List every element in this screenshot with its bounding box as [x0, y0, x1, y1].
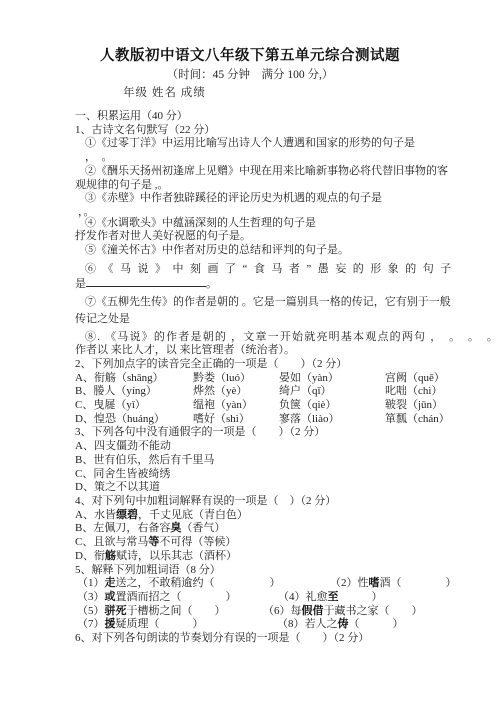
q2-c-word2: 缊袍（yàn）: [193, 399, 279, 413]
q1-item5: ⑤《潼关怀古》中作者对历史的总结和评判的句子是。: [0, 244, 500, 258]
q5-item2: （2）性嗜酒（ ）: [330, 577, 457, 589]
q4-option-c: C、且欲与常马等不可得（等候）: [0, 536, 500, 550]
q1-item4-line2: 抒发作者对世人美好祝愿的句子是。: [0, 230, 500, 244]
student-info-fields: 年级 姓名 成绩: [0, 84, 500, 102]
q2-a-word4: 宫阙（quē）: [385, 372, 445, 384]
q2-c-word3: 负箧（qiè）: [279, 399, 385, 413]
q5-heading: 5、解释下列加粗词语（8 分）: [0, 564, 500, 578]
q5-item8-pre: （8）若人之: [277, 618, 338, 630]
q5-row4: （7）援疑质理（ ）（8）若人之俦（ ）: [0, 618, 500, 632]
q5-item4-post: ）: [339, 591, 383, 603]
q5-item6: （6）每假借于藏书之家（ ）: [263, 605, 423, 617]
q5-item1-pre: （1）: [77, 577, 105, 589]
exam-time-score: （时间：45 分钟 满分 100 分,）: [0, 66, 500, 84]
q2-b-word2: 烨然（yè）: [193, 385, 279, 399]
q5-item4-pre: （4）礼愈: [278, 591, 328, 603]
q5-item7-pre: （7）: [77, 618, 105, 630]
q4-a-pre: A、水皆: [75, 509, 116, 521]
q5-item7-bold-word: 援: [105, 618, 116, 630]
q4-heading: 4、对下列句中加粗词解释有误的一项是（ ）（2 分）: [0, 495, 500, 509]
q2-a-word1: A、衔觞（shāng）: [75, 372, 193, 386]
q1-item3: ③《赤壁》中作者独辟蹊径的评论历史为机遇的观点的句子是: [0, 192, 500, 206]
q5-row1: （1）走送之，不敢稍逾约（ ）（2）性嗜酒（ ）: [0, 577, 500, 591]
q5-item1-post: 送之，不敢稍逾约（ ）: [116, 577, 281, 589]
q5-item1-bold-word: 走: [105, 577, 116, 589]
q3-heading: 3、下列各句中没有通假字的一项是（ ）（2 分）: [0, 426, 500, 440]
q5-item6-bold-word: 假借: [302, 605, 324, 617]
q1-item1-blank: ， 。: [0, 151, 500, 165]
q1-item8-line2: 作者以 来比人才，以 来比管理者（统治者）。: [0, 344, 500, 358]
q3-option-c: C、同舍生皆被绮绣: [0, 468, 500, 482]
q4-option-a: A、水皆缥碧，千丈见底（青白色）: [0, 509, 500, 523]
q6-heading: 6、对下列各句朗读的节奏划分有误的一项是（ ）（2 分）: [0, 632, 500, 646]
page-title: 人教版初中语文八年级下第五单元综合测试题: [0, 46, 500, 66]
q5-item7-post: 疑质理（ ）: [116, 618, 204, 630]
q4-a-bold-word: 缥碧: [116, 509, 138, 521]
q5-item5-bold-word: 骈死: [105, 605, 127, 617]
q2-option-a: A、衔觞（shāng）黔娄（luó）晏如（yàn）宫阙（quē）: [0, 372, 500, 386]
q4-d-post: 赋诗，以乐其志（酒杯）: [116, 550, 237, 562]
q1-item7-line2: 传记之处是: [0, 313, 500, 327]
q4-b-post: （香气）: [181, 522, 225, 534]
q1-item8-line1: ⑧. 《马说》的作者是朝的 ，文章一开始就亮明基本观点的两句 ， 。 。 。: [0, 331, 500, 345]
q5-item8: （8）若人之俦（ ）: [277, 618, 404, 630]
q1-item6-answer-line: 是。: [0, 276, 500, 292]
q2-d-word1: D、惶恐（huáng）: [75, 413, 193, 427]
q5-item5-post: 于槽枥之间（ ）: [127, 605, 226, 617]
q5-item5: （5）骈死于槽枥之间（ ）: [77, 605, 263, 619]
q2-d-word3: 寥落（liào）: [279, 413, 385, 427]
q3-option-b: B、世有伯乐，然后有千里马: [0, 454, 500, 468]
q4-c-bold-word: 等: [148, 536, 159, 548]
q4-b-pre: B、左佩刀，右备容: [75, 522, 170, 534]
q5-item3-bold-word: 或: [105, 591, 116, 603]
q4-d-pre: D、衔: [75, 550, 105, 562]
q3-option-a: A、四支僵劲不能动: [0, 440, 500, 454]
q5-item1: （1）走送之，不敢稍逾约（ ）: [77, 577, 330, 591]
q2-c-word1: C、曳屣（yǐ）: [75, 399, 193, 413]
q1-item2-line1: ②《酬乐天扬州初逢席上见赠》中现在用来比喻新事物必将代替旧事物的客: [0, 165, 500, 179]
q5-item3-pre: （3）: [77, 591, 105, 603]
q1-item4: ④《水调歌头》中蕴涵深刻的人生哲理的句子是: [0, 217, 500, 231]
q5-item7: （7）援疑质理（ ）: [77, 618, 277, 632]
section1-heading: 一、积累运用（40 分）: [0, 110, 500, 124]
q2-b-word3: 绮户（qǐ）: [279, 385, 385, 399]
q2-option-d: D、惶恐（huáng）嗜好（shì）寥落（liào）箪瓢（chán）: [0, 413, 500, 427]
q1-item7-line1: ⑦《五柳先生传》的作者是朝的 。它是一篇别具一格的传记，它有别于一般: [0, 296, 500, 310]
q4-option-d: D、衔觞赋诗，以乐其志（酒杯）: [0, 550, 500, 564]
q5-item3: （3）或置酒而招之（ ）: [77, 591, 278, 605]
q5-item2-pre: （2）性: [330, 577, 369, 589]
q4-option-b: B、左佩刀，右备容臭（香气）: [0, 522, 500, 536]
q5-item8-bold-word: 俦: [338, 618, 349, 630]
q5-item2-post: 酒（ ）: [380, 577, 457, 589]
q4-b-bold-word: 臭: [170, 522, 181, 534]
q5-item4: （4）礼愈至 ）: [278, 591, 383, 603]
q2-option-b: B、媵人（yíng）烨然（yè）绮户（qǐ）叱咄（chì）: [0, 385, 500, 399]
q1-item6: ⑥《马说》中刻画了“食马者”愚妄的形象的句子: [0, 263, 500, 277]
q1-item1: ①《过零丁洋》中运用比喻写出诗人个人遭遇和国家的形势的句子是: [0, 137, 500, 151]
q2-a-word2: 黔娄（luó）: [193, 372, 279, 386]
q5-item2-bold-word: 嗜: [369, 577, 380, 589]
q5-item5-pre: （5）: [77, 605, 105, 617]
q2-option-c: C、曳屣（yǐ）缊袍（yàn）负箧（qiè）皲裂（jūn）: [0, 399, 500, 413]
q2-b-word1: B、媵人（yíng）: [75, 385, 193, 399]
test-paper-page: 人教版初中语文八年级下第五单元综合测试题 （时间：45 分钟 满分 100 分,…: [0, 0, 500, 707]
q1-item6-post: 。: [206, 278, 217, 290]
q5-item6-pre: （6）每: [263, 605, 302, 617]
q5-item6-post: 于藏书之家（ ）: [324, 605, 423, 617]
q1-item2-line2: 观规律的句子是 ,。: [0, 179, 500, 193]
q2-heading: 2、下列加点字的读音完全正确的一项是（ ）（2 分）: [0, 358, 500, 372]
q2-a-word3: 晏如（yàn）: [279, 372, 385, 386]
q5-row3: （5）骈死于槽枥之间（ ）（6）每假借于藏书之家（ ）: [0, 605, 500, 619]
q2-b-word4: 叱咄（chì）: [385, 385, 442, 397]
q2-c-word4: 皲裂（jūn）: [385, 399, 443, 411]
q1-item6-pre: 是: [75, 278, 86, 290]
q1-heading: 1、古诗文名句默写（22 分）: [0, 124, 500, 138]
q2-d-word2: 嗜好（shì）: [193, 413, 279, 427]
q4-d-bold-word: 觞: [105, 550, 116, 562]
q5-item3-post: 置酒而招之（ ）: [116, 591, 237, 603]
q2-d-word4: 箪瓢（chán）: [385, 413, 450, 425]
q3-option-d: D、策之不以其道: [0, 481, 500, 495]
q4-c-post: 不可得（等候）: [159, 536, 236, 548]
q5-row2: （3）或置酒而招之（ ）（4）礼愈至 ）: [0, 591, 500, 605]
q5-item8-post: （ ）: [349, 618, 404, 630]
q5-item4-bold-word: 至: [328, 591, 339, 603]
answer-blank-underline: [86, 276, 206, 287]
q4-c-pre: C、且欲与常马: [75, 536, 148, 548]
q4-a-post: ，千丈见底（青白色）: [138, 509, 248, 521]
